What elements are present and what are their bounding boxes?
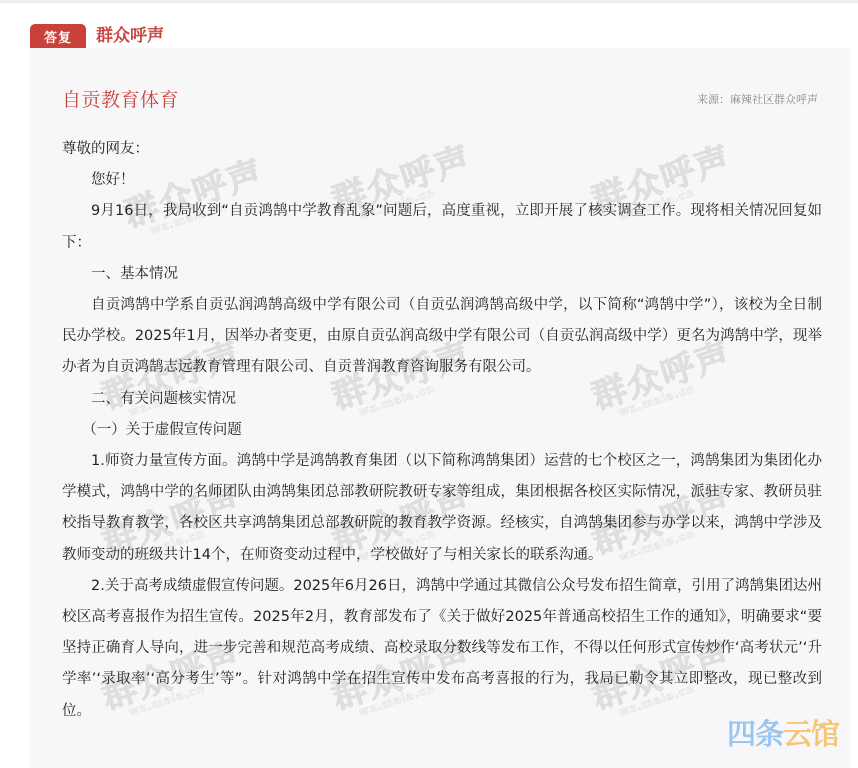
card-header: 自贡教育体育 来源：麻辣社区群众呼声 <box>62 85 818 112</box>
paragraph: 1.师资力量宣传方面。鸿鹄中学是鸿鹄教育集团（以下简称鸿鹄集团）运营的七个校区之… <box>62 446 822 571</box>
department-name: 自贡教育体育 <box>62 85 179 112</box>
reply-card: 群众呼声wz.mala.cn 群众呼声wz.mala.cn 群众呼声wz.mal… <box>30 48 850 752</box>
paragraph: 自贡鸿鹄中学系自贡弘润鸿鹄高级中学有限公司（自贡弘润鸿鹄高级中学，以下简称“鸿鹄… <box>62 290 822 384</box>
subsection-heading: （一）关于虚假宣传问题 <box>62 415 822 446</box>
top-divider <box>0 0 858 3</box>
reply-body: 尊敬的网友： 您好！ 9月16日，我局收到“自贡鸿鹄中学教育乱象”问题后，高度重… <box>62 134 822 727</box>
section-header: 答复 群众呼声 <box>30 24 164 48</box>
source-label: 来源：麻辣社区群众呼声 <box>697 91 818 107</box>
greeting: 您好！ <box>62 165 822 196</box>
paragraph: 9月16日，我局收到“自贡鸿鹄中学教育乱象”问题后，高度重视，立即开展了核实调查… <box>62 196 822 258</box>
salutation: 尊敬的网友： <box>62 134 822 165</box>
section-heading: 二、有关问题核实情况 <box>62 384 822 415</box>
section-heading: 一、基本情况 <box>62 259 822 290</box>
reply-badge: 答复 <box>30 24 86 48</box>
section-title: 群众呼声 <box>96 24 164 48</box>
paragraph: 2.关于高考成绩虚假宣传问题。2025年6月26日，鸿鹄中学通过其微信公众号发布… <box>62 571 822 727</box>
